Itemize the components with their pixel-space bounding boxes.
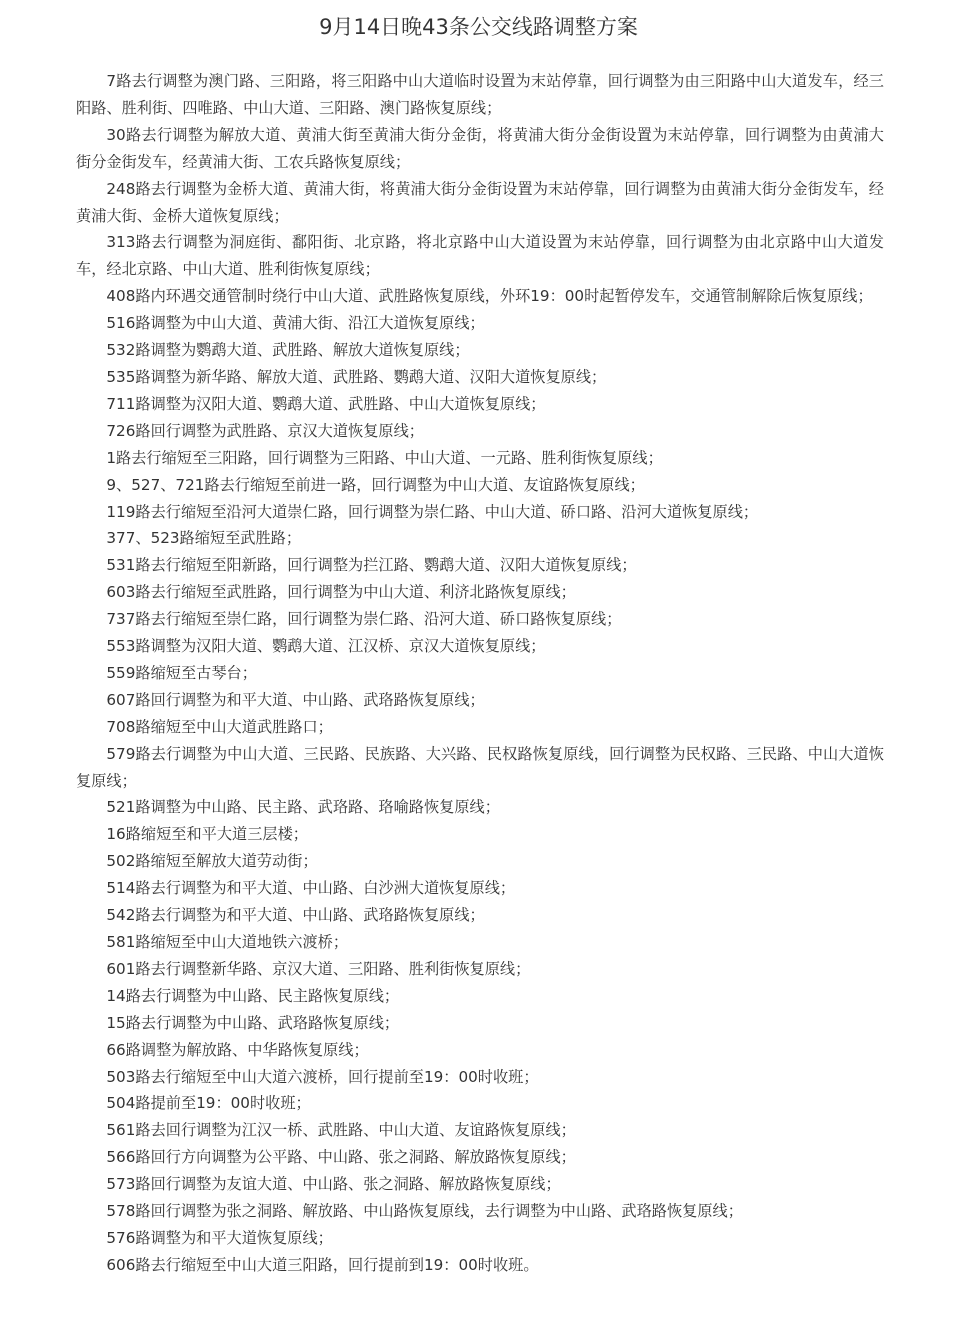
paragraph-route-119: 119路去行缩短至沿河大道崇仁路，回行调整为崇仁路、中山大道、硚口路、沿河大道恢… [76, 499, 884, 526]
paragraph-route-603: 603路去行缩短至武胜路，回行调整为中山大道、利济北路恢复原线； [76, 579, 884, 606]
paragraph-route-1: 1路去行缩短至三阳路，回行调整为三阳路、中山大道、一元路、胜利街恢复原线； [76, 445, 884, 472]
paragraph-route-607: 607路回行调整为和平大道、中山路、武珞路恢复原线； [76, 687, 884, 714]
paragraph-route-248: 248路去行调整为金桥大道、黄浦大街，将黄浦大街分金街设置为末站停靠，回行调整为… [76, 176, 884, 230]
paragraph-route-504: 504路提前至19：00时收班； [76, 1090, 884, 1117]
paragraph-route-531: 531路去行缩短至阳新路，回行调整为拦江路、鹦鹉大道、汉阳大道恢复原线； [76, 552, 884, 579]
paragraph-route-9-527-721: 9、527、721路去行缩短至前进一路，回行调整为中山大道、友谊路恢复原线； [76, 472, 884, 499]
paragraph-route-30: 30路去行调整为解放大道、黄浦大街至黄浦大街分金街，将黄浦大街分金街设置为末站停… [76, 122, 884, 176]
article-body: 7路去行调整为澳门路、三阳路，将三阳路中山大道临时设置为末站停靠，回行调整为由三… [76, 68, 884, 1279]
paragraph-route-708: 708路缩短至中山大道武胜路口； [76, 714, 884, 741]
paragraph-route-15: 15路去行调整为中山路、武珞路恢复原线； [76, 1010, 884, 1037]
paragraph-route-579: 579路去行调整为中山大道、三民路、民族路、大兴路、民权路恢复原线，回行调整为民… [76, 741, 884, 795]
paragraph-route-578: 578路回行调整为张之洞路、解放路、中山路恢复原线，去行调整为中山路、武珞路恢复… [76, 1198, 884, 1225]
paragraph-route-726: 726路回行调整为武胜路、京汉大道恢复原线； [76, 418, 884, 445]
paragraph-route-502: 502路缩短至解放大道劳动街； [76, 848, 884, 875]
article-title: 9月14日晚43条公交线路调整方案 [0, 0, 957, 42]
paragraph-route-16: 16路缩短至和平大道三层楼； [76, 821, 884, 848]
paragraph-route-313: 313路去行调整为洞庭街、鄱阳街、北京路，将北京路中山大道设置为末站停靠，回行调… [76, 229, 884, 283]
paragraph-route-521: 521路调整为中山路、民主路、武珞路、珞喻路恢复原线； [76, 794, 884, 821]
paragraph-route-581: 581路缩短至中山大道地铁六渡桥； [76, 929, 884, 956]
paragraph-route-532: 532路调整为鹦鹉大道、武胜路、解放大道恢复原线； [76, 337, 884, 364]
paragraph-route-14: 14路去行调整为中山路、民主路恢复原线； [76, 983, 884, 1010]
paragraph-route-408: 408路内环遇交通管制时绕行中山大道、武胜路恢复原线，外环19：00时起暂停发车… [76, 283, 884, 310]
paragraph-route-573: 573路回行调整为友谊大道、中山路、张之洞路、解放路恢复原线； [76, 1171, 884, 1198]
paragraph-route-553: 553路调整为汉阳大道、鹦鹉大道、江汉桥、京汉大道恢复原线； [76, 633, 884, 660]
paragraph-route-503: 503路去行缩短至中山大道六渡桥，回行提前至19：00时收班； [76, 1064, 884, 1091]
paragraph-route-66: 66路调整为解放路、中华路恢复原线； [76, 1037, 884, 1064]
paragraph-route-711: 711路调整为汉阳大道、鹦鹉大道、武胜路、中山大道恢复原线； [76, 391, 884, 418]
paragraph-route-514: 514路去行调整为和平大道、中山路、白沙洲大道恢复原线； [76, 875, 884, 902]
paragraph-route-566: 566路回行方向调整为公平路、中山路、张之洞路、解放路恢复原线； [76, 1144, 884, 1171]
paragraph-route-561: 561路去回行调整为江汉一桥、武胜路、中山大道、友谊路恢复原线； [76, 1117, 884, 1144]
paragraph-route-559: 559路缩短至古琴台； [76, 660, 884, 687]
paragraph-route-737: 737路去行缩短至崇仁路，回行调整为崇仁路、沿河大道、硚口路恢复原线； [76, 606, 884, 633]
paragraph-route-535: 535路调整为新华路、解放大道、武胜路、鹦鹉大道、汉阳大道恢复原线； [76, 364, 884, 391]
paragraph-route-601: 601路去行调整新华路、京汉大道、三阳路、胜利街恢复原线； [76, 956, 884, 983]
paragraph-route-377-523: 377、523路缩短至武胜路； [76, 525, 884, 552]
article: 9月14日晚43条公交线路调整方案 7路去行调整为澳门路、三阳路，将三阳路中山大… [0, 0, 957, 42]
paragraph-route-7: 7路去行调整为澳门路、三阳路，将三阳路中山大道临时设置为末站停靠，回行调整为由三… [76, 68, 884, 122]
paragraph-route-516: 516路调整为中山大道、黄浦大街、沿江大道恢复原线； [76, 310, 884, 337]
paragraph-route-542: 542路去行调整为和平大道、中山路、武珞路恢复原线； [76, 902, 884, 929]
paragraph-route-576: 576路调整为和平大道恢复原线； [76, 1225, 884, 1252]
paragraph-route-606: 606路去行缩短至中山大道三阳路，回行提前到19：00时收班。 [76, 1252, 884, 1279]
